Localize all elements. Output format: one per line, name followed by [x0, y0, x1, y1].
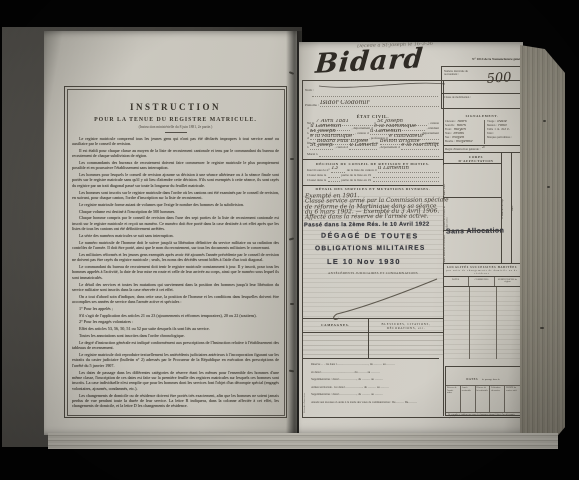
- dates-subtitle: de passage dans la: [482, 378, 500, 381]
- instruction-paragraph: Le numéro matricule de l'homme doit le s…: [72, 240, 279, 251]
- instruction-paragraph: 2° Pour les engagés volontaires :: [72, 319, 279, 324]
- instruction-note: (Instruction ministérielle du 8 juin 188…: [65, 125, 286, 129]
- instruction-paragraph: On a tout d'abord soin d'indiquer, dans …: [72, 294, 279, 305]
- prenoms-handwriting: Isidor Clodomir: [320, 100, 439, 107]
- dates-col-header: Armée territoriale: [461, 386, 476, 412]
- decision-lines: Inscrit sous le n°13de la liste du canto…: [307, 168, 439, 182]
- instruction-title: INSTRUCTION: [65, 102, 286, 112]
- matricule-value: 500: [486, 71, 512, 94]
- handwritten-value: 13: [331, 166, 345, 172]
- instruction-paragraph: La série des numéros matricules se suit …: [72, 233, 279, 238]
- signalement-header: SIGNALEMENT.: [443, 114, 521, 118]
- page-stack-bottom-edge: [48, 433, 558, 449]
- localites-title-line2: par suite de changements de domicile ou …: [443, 269, 521, 275]
- sans-allocation-stamp: Sans Allocation: [446, 227, 504, 235]
- edge-speck: [540, 327, 544, 329]
- nomenclature-note: N° 1014 de la Nomenclature générale.: [472, 58, 526, 61]
- corps-affectation-table: CORPS D'AFFECTATION N° matricule au corp…: [443, 152, 521, 264]
- degage-stamp-line3: LE 10 Nov 1930: [327, 257, 401, 266]
- corps-title: CORPS D'AFFECTATION: [451, 155, 501, 163]
- corps-category-band: Armée active: [443, 163, 501, 197]
- localites-table: LOCALITÉS SUCCESSIVES HABITÉES par suite…: [443, 263, 521, 359]
- instruction-paragraph: Le commandant du bureau de recrutement d…: [72, 264, 279, 280]
- instruction-paragraph: Chaque homme compris par le conseil de r…: [72, 215, 279, 231]
- instruction-paragraph: Les commandants des bureaux de recruteme…: [72, 160, 279, 171]
- service-entry-line: Affecté dans la réserve de l'armée activ…: [305, 215, 441, 222]
- signalement-value: 63 c.: [501, 128, 521, 132]
- localites-rows: [443, 287, 521, 359]
- prenoms-row: Prénoms : Isidor Clodomir: [305, 99, 439, 107]
- decision-header: DÉCISION DU CONSEIL DE REVISION ET MOTIF…: [303, 162, 443, 166]
- signalement-row: Yeux :bruns: [445, 132, 484, 136]
- dates-col-header: Libération du service: [490, 386, 505, 412]
- signalement-row: Bouche :moyenne: [445, 140, 484, 144]
- signalement-row: Visage :ovale: [487, 120, 521, 124]
- edge-speck: [547, 186, 550, 188]
- signalement-row: Sourcils :noirs: [445, 124, 484, 128]
- matricule-box: Numéro matricule du recrutement : 500 Cl…: [441, 66, 523, 109]
- degage-stamp-line1: DÉGAGÉ DE TOUTES: [321, 233, 419, 241]
- handwritten-value: [319, 156, 439, 157]
- nom-label: Nom :: [305, 89, 314, 92]
- right-page: Décédé à St-Joseph le 16-3-36 N° 1014 de…: [299, 42, 523, 435]
- periodes-block: Périodes d'exercices Réserve . . . 1re d…: [303, 358, 439, 417]
- instruction-paragraph: Chaque volume est destiné à l'inscriptio…: [72, 209, 279, 214]
- gutter-ink-mark: [290, 158, 294, 160]
- handwritten-value: St Joseph: [310, 143, 333, 149]
- section-divider: [303, 185, 443, 186]
- instruction-paragraph: Les changements de domicile ou de réside…: [72, 393, 279, 408]
- instruction-body: Le registre matricule comprend tous les …: [72, 136, 279, 408]
- instruction-paragraph: Effet des articles 53, 56, 50, 51 ou 52 …: [72, 326, 279, 331]
- instruction-paragraph: Le registre matricule doit reproduire te…: [72, 352, 279, 368]
- instruction-paragraph: Le registre matricule forme autant de vo…: [72, 202, 279, 207]
- signature-flourish: [317, 78, 447, 92]
- corps-category-band: Disponibilité et réserve de l'armée acti…: [443, 197, 501, 231]
- localites-col-header: COMMUNES: [469, 277, 495, 286]
- instruction-paragraph: Les dates de passage dans les différente…: [72, 370, 279, 392]
- signalement-label: Bouche :: [445, 141, 455, 144]
- signalement-value: moyenne: [456, 140, 484, 144]
- signalement-row: Marques particulières :: [487, 136, 521, 140]
- periodes-line: Réserve . . . 1re dans l……………………………, du …: [311, 363, 437, 366]
- degage-stamp-line2: OBLIGATIONS MILITAIRES: [315, 245, 425, 253]
- reserve-stamp: Passé dans la 2ème Rés. le 10 Avril 1922: [304, 222, 430, 229]
- signalement-row: Cheveux :noirs: [445, 120, 484, 124]
- periodes-line: Armée territoriale . 1re dans l………………, d…: [311, 386, 437, 389]
- nom-line: [312, 95, 438, 97]
- scanned-register-photo: INSTRUCTION POUR LA TENUE DU REGISTRE MA…: [0, 0, 579, 480]
- periodes-line: Supplémentaires : dans l………………, du ……… a…: [311, 393, 437, 396]
- handwritten-value: e la Martinique: [401, 143, 439, 149]
- signalement-label: Marques particulières :: [487, 137, 512, 140]
- instruction-paragraph: 1° Pour les appelés ;: [72, 306, 279, 311]
- instruction-paragraph: Le registre matricule comprend tous les …: [72, 136, 279, 147]
- cancellation-slash: [329, 276, 441, 322]
- periodes-line: Supplémentaires : dans l………………, du ……… a…: [311, 378, 437, 381]
- printed-label: Marié à: [307, 153, 317, 156]
- etat-civil-header: ÉTAT CIVIL.: [303, 114, 443, 119]
- corps-category-label: Armée territoriale et sa réserve: [443, 232, 450, 263]
- dates-table-note: Ne remplir ce tableau que pour les homme…: [446, 412, 520, 420]
- instruction-paragraph: Il est établi pour chaque classe au moye…: [72, 148, 279, 159]
- gutter-ink-mark: [290, 303, 294, 305]
- printed-label: partie de la liste en 19: [341, 179, 371, 182]
- periodes-line: 2e dans l……………………………, du ……… au ………: [311, 371, 437, 374]
- instruction-paragraph: Toutes les annotations sont inscrites da…: [72, 333, 279, 338]
- printed-label: d: [307, 137, 309, 140]
- prenoms-label: Prénoms :: [305, 104, 319, 107]
- dates-title: DATES: [466, 378, 478, 381]
- dates-col-header: Réserve de l'armée active: [446, 386, 461, 412]
- printed-label: à: [307, 132, 309, 135]
- instruction-frame: INSTRUCTION POUR LA TENUE DU REGISTRE MA…: [64, 86, 287, 418]
- services-header: DÉTAIL DES SERVICES ET MUTATIONS DIVERSE…: [303, 187, 443, 191]
- instruction-paragraph: Les hommes pour lesquels le conseil de r…: [72, 172, 279, 188]
- classe-mobilisation-label: Classe de mobilisation :: [442, 94, 479, 99]
- duree-col-header: DURÉE du service actif: [505, 386, 520, 412]
- instruction-paragraph: Le degré d'instruction générale est indi…: [72, 340, 279, 351]
- handwritten-value: u Lamentin: [378, 166, 439, 172]
- instruction-paragraph: Le détail des services et toutes les mut…: [72, 282, 279, 293]
- signalement-box: SIGNALEMENT. Cheveux :noirsSourcils :noi…: [443, 113, 521, 146]
- signalement-row: Nez :moyen: [445, 136, 484, 140]
- instruction-subtitle: POUR LA TENUE DU REGISTRE MATRICULE.: [65, 117, 286, 123]
- campagnes-ruling: [303, 331, 443, 358]
- section-divider: [303, 159, 443, 160]
- blessures-header-line2: DÉCORATIONS, etc.: [369, 326, 443, 330]
- printed-label: Classé dans la: [307, 179, 326, 182]
- left-page: INSTRUCTION POUR LA TENUE DU REGISTRE MA…: [44, 31, 297, 435]
- periodes-line: Appelé aux époques ci-après à la garde d…: [311, 401, 437, 404]
- printed-label: à: [307, 146, 309, 149]
- instruction-paragraph: Les hommes sont inscrits sur le registre…: [72, 190, 279, 201]
- signalement-row: Menton :rond: [487, 124, 521, 128]
- corps-category-label: Disponibilité et réserve de l'armée acti…: [443, 199, 450, 230]
- handwritten-value: u Lamentin: [349, 143, 377, 149]
- signalement-row: Taille : 1 m.63 c.: [487, 128, 521, 132]
- divider: [165, 132, 187, 133]
- periodes-side-label: Périodes d'exercices: [304, 363, 307, 413]
- signalement-row: Front :moyen: [445, 128, 484, 132]
- dates-table: DATES de passage dans la Réserve de l'ar…: [445, 366, 521, 416]
- page-stack-fore-edge: [520, 45, 565, 443]
- services-handwriting: Exempté en 1901.Classé service armé par …: [305, 194, 441, 221]
- dates-col-header: Réserve de la territoriale: [476, 386, 491, 412]
- surname-handwriting: Bidard: [314, 45, 425, 78]
- localites-col-header: SUBDIVISIONS de région: [495, 277, 521, 286]
- localites-col-header: DATES: [443, 277, 469, 286]
- edge-speck: [543, 120, 546, 122]
- degre-label: Degré d'instruction générale :: [445, 148, 480, 151]
- printed-label: , canton d: [335, 146, 348, 149]
- instruction-paragraph: S'il s'agit de l'application des article…: [72, 313, 279, 318]
- degre-instruction-row: Degré d'instruction générale : 3: [445, 146, 519, 151]
- antecedents-header: ANTÉCÉDENTS JUDICIAIRES ET CONDAMNATIONS: [303, 271, 443, 275]
- printed-label: , département d: [379, 146, 400, 149]
- corps-category-label: Armée active: [443, 165, 450, 196]
- etat-civil-lines: Né le7 Avril 1881àSt Joseph, canton du L…: [307, 121, 439, 157]
- instruction-paragraph: Les militaires réformés et les jeunes ge…: [72, 252, 279, 263]
- matricule-label: Numéro matricule du recrutement :: [442, 67, 477, 93]
- degre-value: 3: [482, 146, 485, 151]
